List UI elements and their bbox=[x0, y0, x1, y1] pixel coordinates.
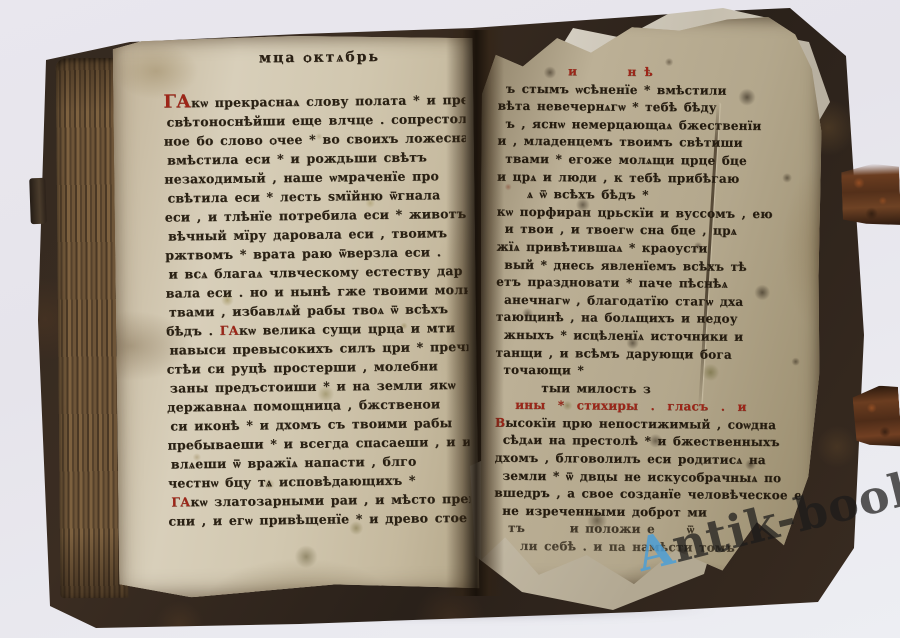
text-line: и нѣ bbox=[568, 63, 804, 83]
left-page: мца ѻктѧбрь ГАкѡ прекраснаѧ слову полата… bbox=[113, 34, 480, 598]
page-header-month: мца ѻктѧбрь bbox=[259, 49, 380, 67]
text-line: жїѧ привѣтившаѧ * краоусти bbox=[496, 239, 802, 259]
text-line: ѧ ѿ всѣхъ бѣдъ * bbox=[527, 186, 803, 206]
text-line: сни , и егѡ привѣщенїе * и древо стое . bbox=[168, 508, 470, 531]
clasp-remnant bbox=[29, 178, 47, 225]
photo-antique-book: мца ѻктѧбрь ГАкѡ прекраснаѧ слову полата… bbox=[0, 0, 900, 638]
text-line: жныхъ * исцѣленїѧ источники и bbox=[504, 327, 802, 347]
text-line: етъ праздновати * паче пѣснѣѧ bbox=[496, 274, 802, 294]
right-page-text: и нѣъ стымъ ѡсѣненїе * вмѣстиливѣта неве… bbox=[494, 63, 804, 558]
leather-strap-top bbox=[841, 163, 900, 227]
text-line: твами * егоже молѧщи црце бце bbox=[505, 151, 803, 171]
text-line: точающи * bbox=[503, 362, 801, 382]
text-line: пребываеши * и всегда спасаеши , и изба bbox=[167, 432, 469, 455]
left-page-text: ГАкѡ прекраснаѧ слову полата * и престол… bbox=[163, 90, 470, 531]
text-line: дхомъ , блговолилъ еси родитисѧ на bbox=[495, 450, 801, 470]
text-line: тыи милость з bbox=[541, 380, 801, 400]
text-line: ины * стихиры . гласъ . и bbox=[515, 397, 801, 417]
